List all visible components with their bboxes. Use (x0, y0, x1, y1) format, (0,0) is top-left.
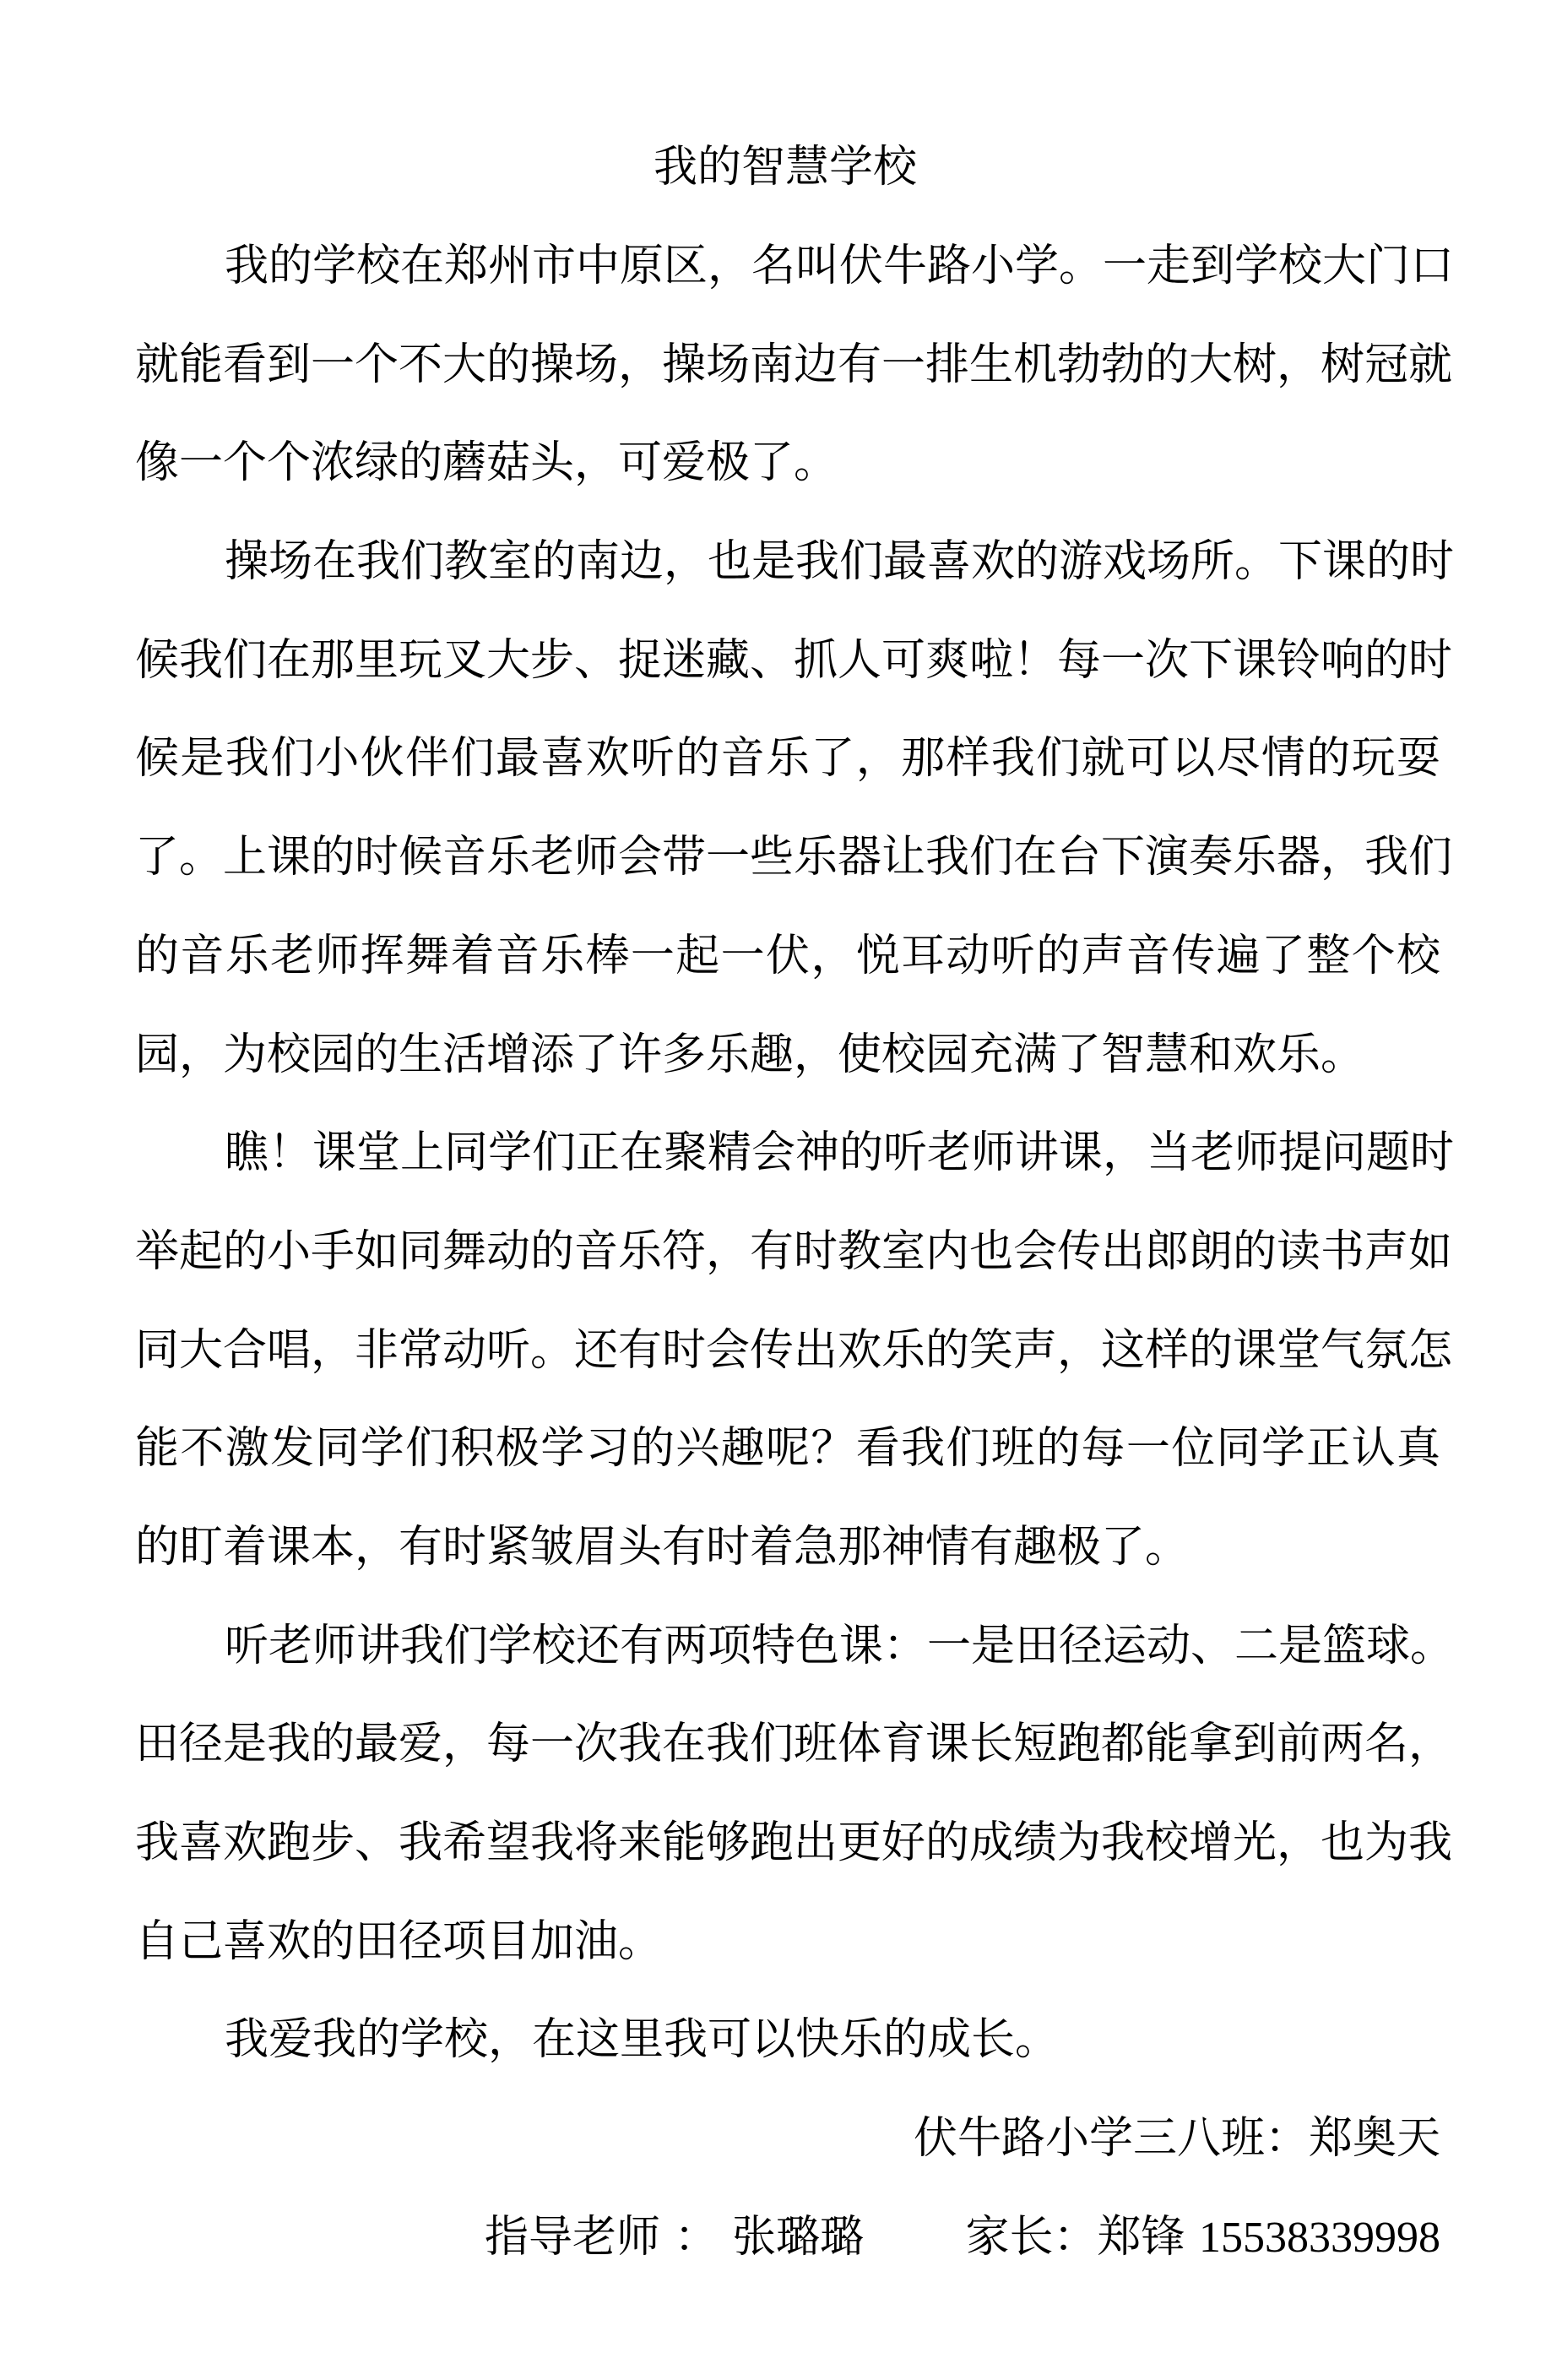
author-signature: 伏牛路小学三八班：郑奥天 (135, 2111, 1440, 2209)
paragraph-1-line-1: 我的学校在郑州市中原区，名叫伏牛路小学。一走到学校大门口 (135, 238, 1440, 337)
paragraph-4-line-1: 听老师讲我们学校还有两项特色课：一是田径运动、二是篮球。 (135, 1618, 1440, 1717)
paragraph-4-line-3: 我喜欢跑步、我希望我将来能够跑出更好的成绩为我校增光，也为我 (135, 1815, 1440, 1914)
paragraph-3-line-4: 能不激发同学们积极学习的兴趣呢？看我们班的每一位同学正认真 (135, 1421, 1440, 1519)
paragraph-3-line-5: 的盯着课本，有时紧皱眉头有时着急那神情有趣极了。 (135, 1519, 1440, 1618)
teacher-label: 指导老师 ： (485, 2212, 719, 2263)
paragraph-2-line-4: 了。上课的时候音乐老师会带一些乐器让我们在台下演奏乐器，我们 (135, 829, 1440, 928)
paragraph-2-line-1: 操场在我们教室的南边，也是我们最喜欢的游戏场所。下课的时 (135, 534, 1440, 633)
paragraph-1-line-3: 像一个个浓绿的蘑菇头，可爱极了。 (135, 435, 1440, 534)
paragraph-4-line-2: 田径是我的最爱，每一次我在我们班体育课长短跑都能拿到前两名， (135, 1716, 1440, 1815)
document-page: 我的智慧学校 我的学校在郑州市中原区，名叫伏牛路小学。一走到学校大门口 就能看到… (0, 0, 1562, 2380)
paragraph-2-line-3: 候是我们小伙伴们最喜欢听的音乐了，那样我们就可以尽情的玩耍 (135, 731, 1440, 829)
paragraph-2-line-6: 园，为校园的生活增添了许多乐趣，使校园充满了智慧和欢乐。 (135, 1027, 1440, 1126)
paragraph-4-line-4: 自己喜欢的田径项目加油。 (135, 1914, 1440, 2013)
paragraph-3-line-3: 同大合唱，非常动听。还有时会传出欢乐的笑声，这样的课堂气氛怎 (135, 1323, 1440, 1421)
document-title: 我的智慧学校 (0, 140, 1562, 194)
teacher-credit: 指导老师 ： 张璐璐 (485, 2209, 864, 2265)
parent-credit: 家长：郑锋 15538339998 (965, 2209, 1440, 2266)
paragraph-2-line-5: 的音乐老师挥舞着音乐棒一起一伏，悦耳动听的声音传遍了整个校 (135, 928, 1440, 1027)
paragraph-3-line-2: 举起的小手如同舞动的音乐符，有时教室内也会传出郎朗的读书声如 (135, 1224, 1440, 1323)
paragraph-3-line-1: 瞧！课堂上同学们正在聚精会神的听老师讲课，当老师提问题时 (135, 1125, 1440, 1224)
paragraph-1-line-2: 就能看到一个不大的操场，操场南边有一排生机勃勃的大树，树冠就 (135, 337, 1440, 436)
paragraph-2-line-2: 候我们在那里玩叉大步、捉迷藏、抓人可爽啦！每一次下课铃响的时 (135, 633, 1440, 731)
teacher-parent-line: 指导老师 ： 张璐璐 家长：郑锋 15538339998 (135, 2209, 1440, 2308)
teacher-name: 张璐璐 (732, 2212, 864, 2263)
paragraph-5-line-1: 我爱我的学校，在这里我可以快乐的成长。 (135, 2012, 1440, 2111)
parent-name: 郑锋 (1097, 2212, 1185, 2263)
parent-label: 家长： (965, 2212, 1097, 2263)
document-body: 我的学校在郑州市中原区，名叫伏牛路小学。一走到学校大门口 就能看到一个不大的操场… (135, 238, 1440, 2307)
parent-phone: 15538339998 (1199, 2214, 1440, 2262)
